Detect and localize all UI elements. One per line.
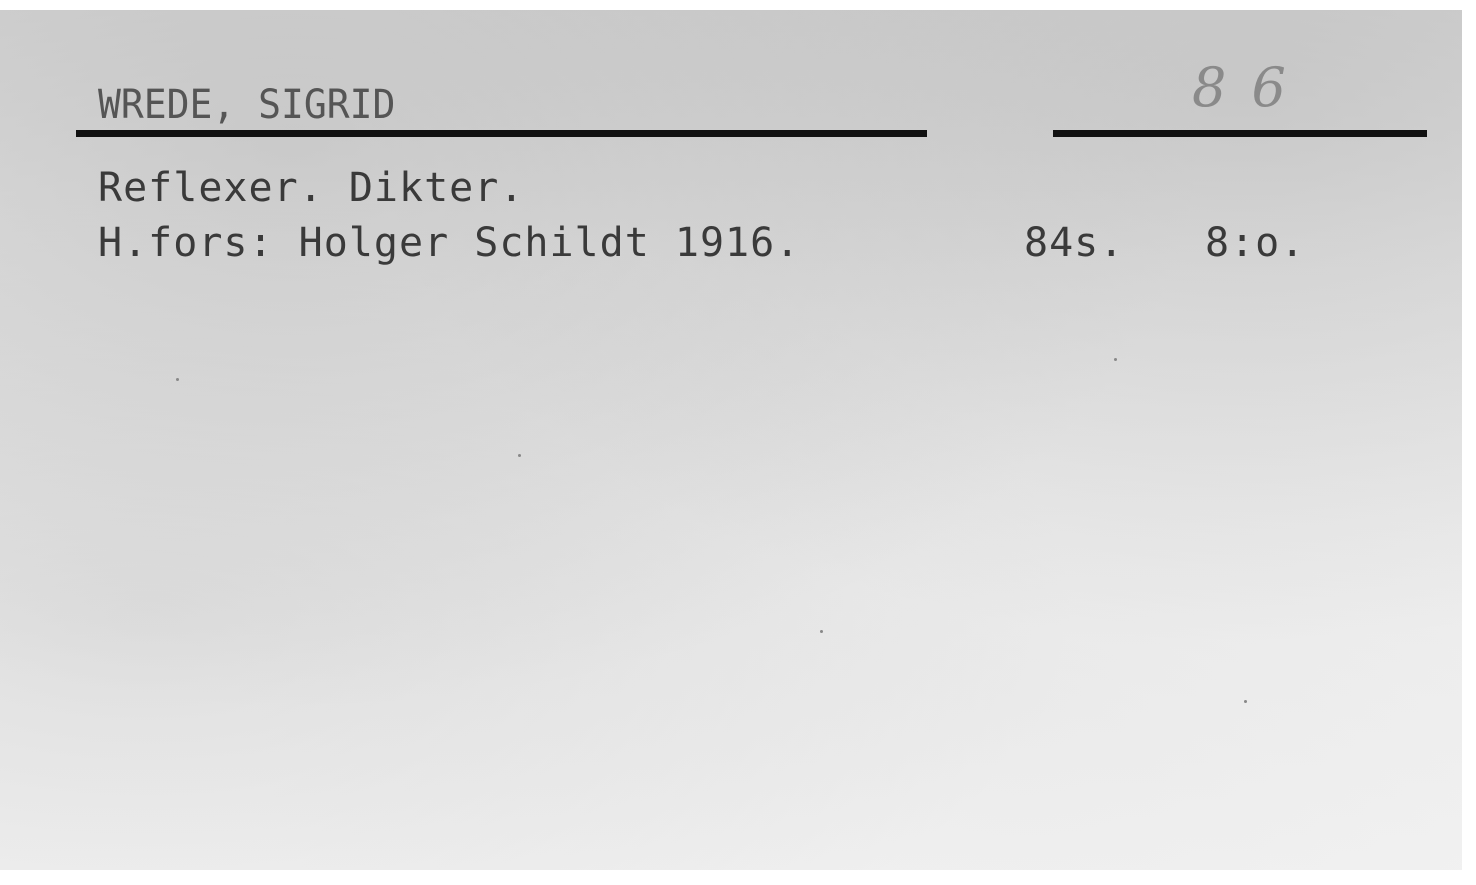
handwritten-call-number: 8 6 <box>1192 56 1290 119</box>
heading-rule-left <box>76 130 927 137</box>
paper-speck <box>518 454 521 457</box>
author-heading: WREDE, SIGRID <box>98 82 395 128</box>
paper-speck <box>1114 358 1117 361</box>
paper-speck <box>176 378 179 381</box>
title-line: Reflexer. Dikter. <box>98 165 524 211</box>
imprint-line: H.fors: Holger Schildt 1916. <box>98 220 800 266</box>
heading-rule-right <box>1053 130 1427 137</box>
paper-speck <box>820 630 823 633</box>
book-format: 8:o. <box>1205 220 1305 266</box>
paper-speck <box>1244 700 1247 703</box>
pagination: 84s. <box>1024 220 1124 266</box>
catalog-card: WREDE, SIGRID 8 6 Reflexer. Dikter. H.fo… <box>0 10 1462 870</box>
